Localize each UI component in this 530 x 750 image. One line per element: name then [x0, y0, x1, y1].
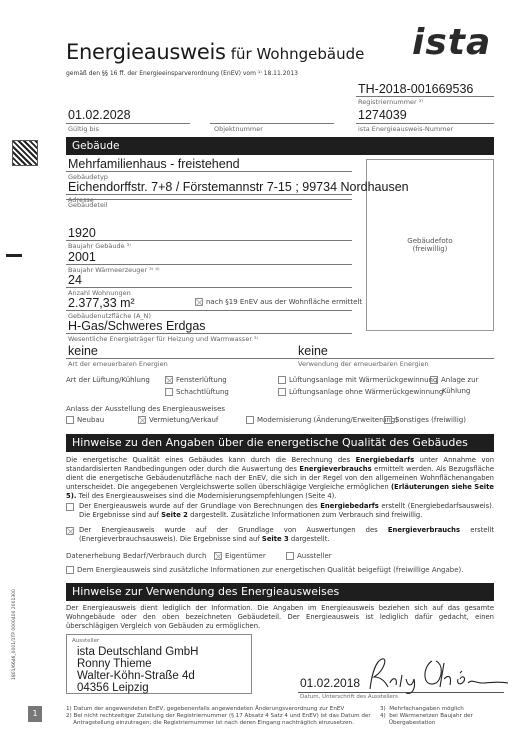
gebaeude-field-value: Eichendorffstr. 7+8 / Förstemannstr 7-15…	[68, 180, 409, 194]
footnote-line: 1) Datum der angewendeten EnEV, gegebene…	[66, 706, 346, 713]
option-energiebedarf[interactable]: Der Energieausweis wurde auf der Grundla…	[66, 502, 494, 520]
aussteller-address: ista Deutschland GmbHRonny ThiemeWalter-…	[77, 646, 198, 694]
footnote-line: Antragstellung einzutragen; die Registri…	[66, 720, 346, 727]
lueftung-option[interactable]: Fensterlüftung	[165, 376, 227, 384]
lueftung-option-label: Fensterlüftung	[176, 376, 227, 384]
anlass-checkbox[interactable]	[66, 416, 74, 424]
gebaeude-field-value: 2001	[68, 250, 96, 264]
anlass-checkbox[interactable]	[384, 416, 392, 424]
fold-mark	[6, 254, 22, 257]
option-energieverbrauch[interactable]: Der Energieausweis wurde auf der Grundla…	[66, 526, 494, 544]
footnotes-right: 3) Mehrfachangaben möglich4) bei Wärmene…	[380, 706, 500, 728]
lueftung-option-label-2: Kühlung	[442, 387, 478, 395]
erneuerbare-art-value: keine	[68, 344, 98, 358]
datenerhebung-option-label: Aussteller	[297, 552, 332, 560]
lueftung-label: Art der Lüftung/Kühlung	[66, 376, 150, 384]
registriernummer-label: Registriernummer ²⁾	[358, 98, 423, 106]
aussteller-line: Ronny Thieme	[77, 658, 198, 670]
aussteller-label: Aussteller	[72, 638, 99, 644]
aussteller-line: ista Deutschland GmbH	[77, 646, 198, 658]
option_bedarf-text: Der Energieausweis wurde auf der Grundla…	[79, 502, 494, 520]
hinweise-verwendung-text: Der Energieausweis dient lediglich der I…	[66, 604, 494, 631]
aussteller-box: Aussteller ista Deutschland GmbHRonny Th…	[66, 634, 252, 694]
side-code: 1801/6646_0001/1TP 0000400 2001300	[12, 589, 17, 680]
erneuerbare-art-label: Art der erneuerbaren Energien	[68, 360, 168, 368]
lueftung-option[interactable]: Schachtlüftung	[165, 388, 229, 396]
title-main: Energieausweis	[66, 40, 226, 64]
datenerhebung-checkbox[interactable]	[214, 552, 222, 560]
gebaeude-field-value: Mehrfamilienhaus - freistehend	[68, 157, 240, 171]
footnotes-left: 1) Datum der angewendeten EnEV, gegebene…	[66, 706, 346, 728]
gebaeude-field-line	[66, 333, 352, 334]
ista-nummer-label: ista Energieausweis-Nummer	[358, 125, 453, 133]
zusatz-text: Dem Energieausweis sind zusätzliche Info…	[77, 566, 464, 574]
text-fragment: Teil des Energieausweises sind die Moder…	[76, 492, 336, 500]
registriernummer-value: TH-2018-001669536	[358, 82, 473, 96]
aussteller-date: 01.02.2018	[300, 676, 360, 690]
gebaeude-field-label: Gebäudeteil	[68, 201, 108, 209]
datamatrix-code	[12, 140, 38, 166]
gueltig-bis-value: 01.02.2028	[68, 108, 131, 122]
text-fragment: Die energetische Qualität eines Gebäudes…	[66, 456, 356, 464]
datenerhebung-option-label: Eigentümer	[225, 552, 266, 560]
wohnflaeche-checkbox[interactable]	[195, 298, 203, 306]
erneuerbare-verwendung-label: Verwendung der erneuerbaren Energien	[298, 360, 429, 368]
gebaeude-field-line	[66, 287, 352, 288]
section-hinweise-verwendung: Hinweise zur Verwendung des Energieauswe…	[66, 583, 494, 601]
text-fragment: dargestellt. Zusätzliche Informationen z…	[188, 511, 422, 519]
signature-scribble	[362, 653, 512, 695]
document-title: Energieausweis für Wohngebäude	[66, 40, 364, 64]
anlass-option-label: Sonstiges (freiwillig)	[395, 416, 466, 424]
page-number: 1	[28, 706, 42, 722]
ista-nummer-value: 1274039	[358, 108, 407, 122]
anlass-option-label: Modernisierung (Änderung/Erweiterung)	[257, 416, 398, 424]
gueltig-bis-line	[66, 123, 190, 124]
option_bedarf-checkbox[interactable]	[66, 503, 74, 511]
footnote-line: 2) Bei nicht rechtzeitiger Zuteilung der…	[66, 713, 346, 720]
text-fragment: dargestellt.	[289, 535, 330, 543]
text-fragment: Der Energieausweis wurde auf der Grundla…	[79, 502, 320, 510]
gebaeude-field-line	[66, 310, 352, 311]
anlass-option[interactable]: Sonstiges (freiwillig)	[384, 416, 466, 424]
gebaeude-field-value: 1920	[68, 226, 96, 240]
anlass-option-label: Vermietung/Verkauf	[149, 416, 218, 424]
gebaeude-field-label: Baujahr Gebäude ³⁾	[68, 242, 131, 250]
photo-label-optional: (freiwillig)	[413, 245, 448, 253]
lueftung-option-label: Schachtlüftung	[176, 388, 229, 396]
lueftung-checkbox[interactable]	[278, 388, 286, 396]
anlass-option[interactable]: Neubau	[66, 416, 104, 424]
lueftung-checkbox[interactable]	[430, 376, 438, 384]
lueftung-option-label: Lüftungsanlage mit Wärmerückgewinnung	[289, 376, 437, 384]
footnote-line: 3) Mehrfachangaben möglich	[380, 706, 500, 713]
datenerhebung-option[interactable]: Eigentümer	[214, 552, 266, 560]
option_verbrauch-checkbox[interactable]	[66, 527, 74, 535]
anlass-checkbox[interactable]	[246, 416, 254, 424]
gebaeude-field-label: Wesentliche Energieträger für Heizung un…	[68, 335, 258, 343]
anlass-option-label: Neubau	[77, 416, 104, 424]
text-fragment: Energiebedarfs	[356, 456, 415, 464]
footnote-line: Übergabestation	[380, 720, 500, 727]
lueftung-option[interactable]: Anlage zurKühlung	[430, 376, 478, 395]
text-fragment: Energieverbrauchs	[388, 526, 460, 534]
lueftung-option-label: Anlage zur	[441, 376, 478, 384]
gebaeude-field-value: 24	[68, 273, 82, 287]
title-suffix: für Wohngebäude	[231, 45, 365, 63]
text-fragment: Seite 3	[262, 535, 289, 543]
anlass-option[interactable]: Vermietung/Verkauf	[138, 416, 218, 424]
objektnummer-label: Objektnummer	[214, 125, 263, 133]
lueftung-option[interactable]: Lüftungsanlage ohne Wärmerückgewinnung	[278, 388, 443, 396]
ista-logo: ista	[412, 22, 491, 63]
ista-nummer-line	[356, 123, 494, 124]
wohnflaeche-note: nach §19 EnEV aus der Wohnfläche ermitte…	[195, 298, 362, 306]
text-fragment: Energieverbrauchs	[299, 465, 371, 473]
hinweise-qualitaet-text: Die energetische Qualität eines Gebäudes…	[66, 456, 494, 501]
document-subtitle: gemäß den §§ 16 ff. der Energieeinsparve…	[66, 70, 298, 77]
gebaeude-field-line	[66, 194, 352, 195]
anlass-option[interactable]: Modernisierung (Änderung/Erweiterung)	[246, 416, 398, 424]
registriernummer-line	[356, 96, 494, 97]
aussteller-line: Walter-Köhn-Straße 4d	[77, 670, 198, 682]
anlass-checkbox[interactable]	[138, 416, 146, 424]
erneuerbare-verwendung-value: keine	[298, 344, 328, 358]
gebaeude-field-value: H-Gas/Schweres Erdgas	[68, 319, 206, 333]
option_verbrauch-text: Der Energieausweis wurde auf der Grundla…	[79, 526, 494, 544]
lueftung-checkbox[interactable]	[278, 376, 286, 384]
zusatz-checkbox[interactable]	[66, 566, 74, 574]
gebaeude-field-line	[66, 199, 352, 200]
lueftung-checkbox[interactable]	[165, 388, 173, 396]
erneuerbare-line	[66, 358, 494, 359]
zusatz-option[interactable]: Dem Energieausweis sind zusätzliche Info…	[66, 566, 464, 574]
lueftung-option[interactable]: Lüftungsanlage mit Wärmerückgewinnung	[278, 376, 437, 384]
wohnflaeche-note-text: nach §19 EnEV aus der Wohnfläche ermitte…	[206, 298, 362, 306]
text-fragment: Seite 2	[161, 511, 188, 519]
gebaeude-field-line	[66, 171, 352, 172]
datenerhebung-option[interactable]: Aussteller	[286, 552, 332, 560]
text-fragment: Energiebedarfs	[320, 502, 379, 510]
objektnummer-line	[210, 123, 334, 124]
datenerhebung-label: Datenerhebung Bedarf/Verbrauch durch	[66, 552, 206, 560]
datenerhebung-checkbox[interactable]	[286, 552, 294, 560]
lueftung-option-label: Lüftungsanlage ohne Wärmerückgewinnung	[289, 388, 443, 396]
section-gebaeude: Gebäude	[66, 137, 494, 155]
text-fragment: Der Energieausweis wurde auf der Grundla…	[79, 526, 388, 534]
lueftung-checkbox[interactable]	[165, 376, 173, 384]
gebaeude-field-line	[66, 264, 352, 265]
photo-label: Gebäudefoto	[407, 237, 452, 245]
aussteller-line: 04356 Leipzig	[77, 682, 198, 694]
gueltig-bis-label: Gültig bis	[68, 125, 99, 133]
section-hinweise-qualitaet: Hinweise zu den Angaben über die energet…	[66, 434, 494, 452]
gebaeude-field-line	[66, 240, 352, 241]
gebaeude-field-value: 2.377,33 m²	[68, 296, 135, 310]
anlass-label: Anlass der Ausstellung des Energieauswei…	[66, 405, 225, 413]
